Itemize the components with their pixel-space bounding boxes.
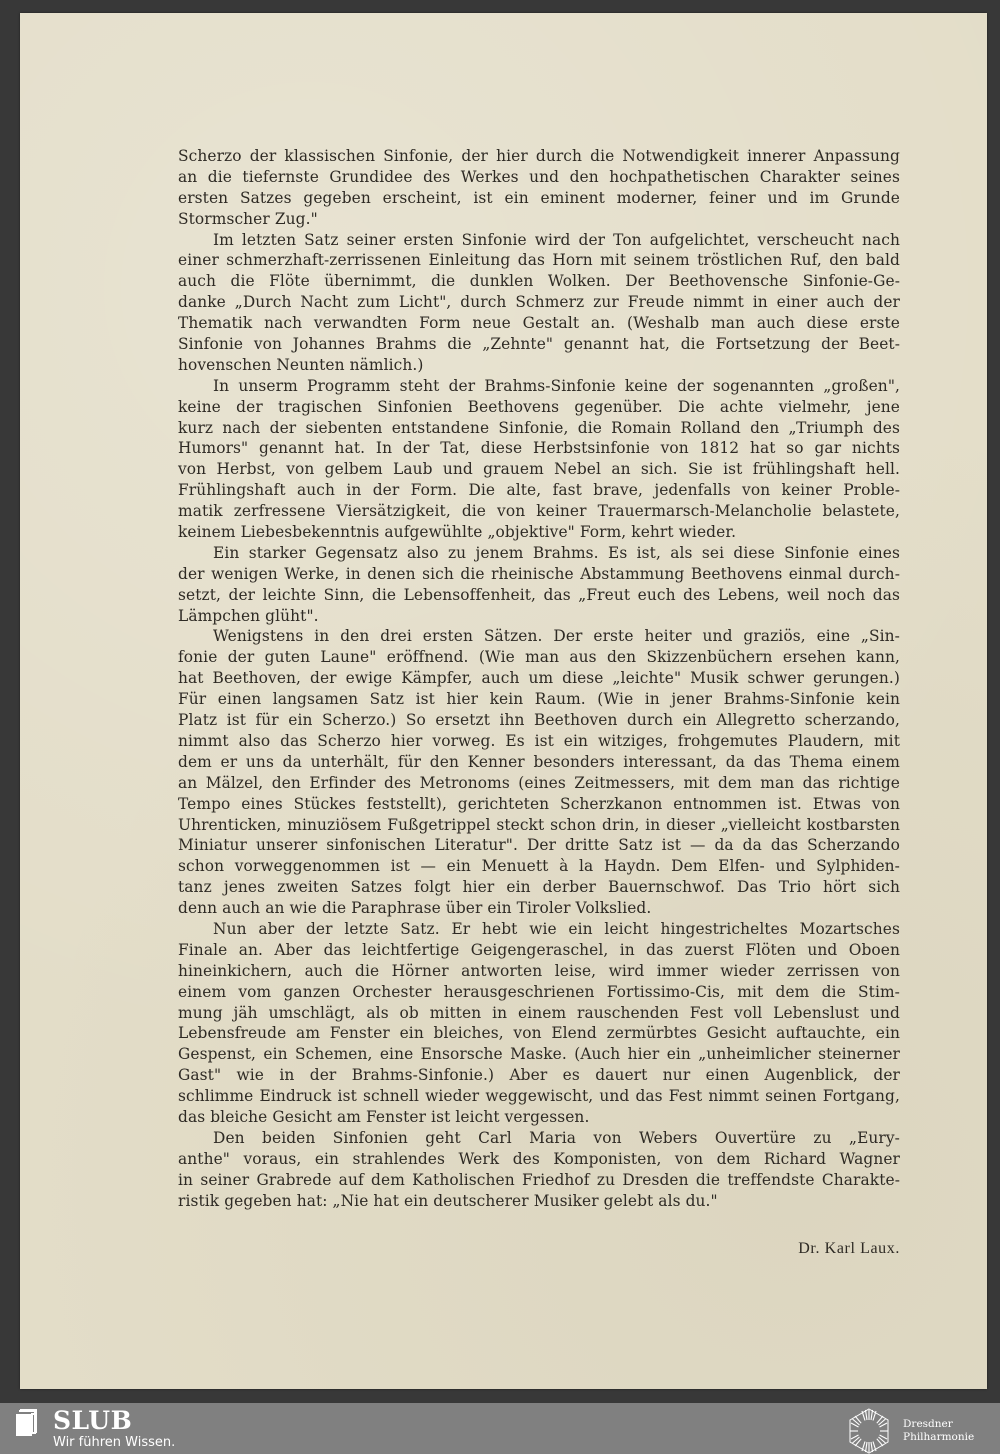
- text-line: Gast" wie in der Brahms-Sinfonie.) Aber …: [178, 1065, 900, 1086]
- paragraph: Scherzo der klassischen Sinfonie, der hi…: [178, 146, 900, 230]
- text-line: Ein starker Gegensatz also zu jenem Brah…: [178, 543, 900, 564]
- text-line: nimmt also das Scherzo hier vorweg. Es i…: [178, 731, 900, 752]
- text-line: denn auch an wie die Paraphrase über ein…: [178, 898, 900, 919]
- text-line: einer schmerzhaft-zerrissenen Einleitung…: [178, 250, 900, 271]
- paragraph: In unserm Programm steht der Brahms-Sinf…: [178, 376, 900, 543]
- text-line: Sinfonie von Johannes Brahms die „Zehnte…: [178, 334, 900, 355]
- text-line: ersten Satzes gegeben erscheint, ist ein…: [178, 188, 900, 209]
- paragraph: Ein starker Gegensatz also zu jenem Brah…: [178, 543, 900, 627]
- text-line: in seiner Grabrede auf dem Katholischen …: [178, 1170, 900, 1191]
- slub-tagline: Wir führen Wissen.: [53, 1435, 175, 1450]
- text-line: keine der tragischen Sinfonien Beethoven…: [178, 397, 900, 418]
- text-line: Frühlingshaft auch in der Form. Die alte…: [178, 480, 900, 501]
- text-line: kurz nach der siebenten entstandene Sinf…: [178, 418, 900, 439]
- text-line: Nun aber der letzte Satz. Er hebt wie ei…: [178, 919, 900, 940]
- text-line: keinem Liebesbekenntnis aufgewühlte „obj…: [178, 522, 900, 543]
- text-line: dem er uns da unterhält, für den Kenner …: [178, 752, 900, 773]
- text-line: danke „Durch Nacht zum Licht", durch Sch…: [178, 292, 900, 313]
- paragraph: Den beiden Sinfonien geht Carl Maria von…: [178, 1128, 900, 1212]
- text-line: setzt, der leichte Sinn, die Lebensoffen…: [178, 585, 900, 606]
- document-viewer: Scherzo der klassischen Sinfonie, der hi…: [0, 0, 1000, 1454]
- text-line: einem vom ganzen Orchester herausgeschri…: [178, 982, 900, 1003]
- author-signature: Dr. Karl Laux.: [798, 1240, 900, 1258]
- dresdner-philharmonie-logo-text[interactable]: Dresdner Philharmonie: [903, 1418, 974, 1444]
- paragraph: Nun aber der letzte Satz. Er hebt wie ei…: [178, 919, 900, 1128]
- text-line: Lämpchen glüht".: [178, 606, 900, 627]
- phil-name-line1: Dresdner: [903, 1418, 974, 1431]
- text-line: In unserm Programm steht der Brahms-Sinf…: [178, 376, 900, 397]
- text-line: hineinkichern, auch die Hörner antworten…: [178, 961, 900, 982]
- text-line: Uhrenticken, minuziösem Fußgetrippel ste…: [178, 815, 900, 836]
- text-line: an die tiefernste Grundidee des Werkes u…: [178, 167, 900, 188]
- text-line: tanz jenes zweiten Satzes folgt hier ein…: [178, 877, 900, 898]
- text-line: Stormscher Zug.": [178, 209, 900, 230]
- text-line: Gespenst, ein Schemen, eine Ensorsche Ma…: [178, 1044, 900, 1065]
- paragraph: Im letzten Satz seiner ersten Sinfonie w…: [178, 230, 900, 376]
- text-line: Humors" genannt hat. In der Tat, diese H…: [178, 438, 900, 459]
- text-line: Im letzten Satz seiner ersten Sinfonie w…: [178, 230, 900, 251]
- text-line: Den beiden Sinfonien geht Carl Maria von…: [178, 1128, 900, 1149]
- sunburst-ring-icon[interactable]: [842, 1408, 896, 1454]
- text-line: Scherzo der klassischen Sinfonie, der hi…: [178, 146, 900, 167]
- phil-name-line2: Philharmonie: [903, 1431, 974, 1444]
- book-pages-icon: [12, 1408, 42, 1438]
- text-line: fonie der guten Laune" eröffnend. (Wie m…: [178, 647, 900, 668]
- text-line: anthe" voraus, ein strahlendes Werk des …: [178, 1149, 900, 1170]
- text-line: schon vorweggenommen ist — ein Menuett à…: [178, 856, 900, 877]
- text-line: an Mälzel, den Erfinder des Metronoms (e…: [178, 773, 900, 794]
- text-line: matik zerfressene Viersätzigkeit, die vo…: [178, 501, 900, 522]
- text-line: das bleiche Gesicht am Fenster ist leich…: [178, 1107, 900, 1128]
- text-line: Wenigstens in den drei ersten Sätzen. De…: [178, 626, 900, 647]
- text-line: Finale an. Aber das leichtfertige Geigen…: [178, 940, 900, 961]
- text-line: hovenschen Neunten nämlich.): [178, 355, 900, 376]
- slub-logo-text[interactable]: SLUB: [53, 1406, 132, 1435]
- footer-bar: SLUB Wir führen Wissen.: [0, 1403, 1000, 1454]
- text-line: Lebensfreude am Fenster ein bleiches, vo…: [178, 1023, 900, 1044]
- text-line: schlimme Eindruck ist schnell wieder weg…: [178, 1086, 900, 1107]
- text-line: der wenigen Werke, in denen sich die rhe…: [178, 564, 900, 585]
- text-line: Platz ist für ein Scherzo.) So ersetzt i…: [178, 710, 900, 731]
- text-line: ristik gegeben hat: „Nie hat ein deutsch…: [178, 1191, 900, 1212]
- text-line: Tempo eines Stückes feststellt), gericht…: [178, 794, 900, 815]
- text-line: mung jäh umschlägt, als ob mitten in ein…: [178, 1003, 900, 1024]
- text-line: Thematik nach verwandten Form neue Gesta…: [178, 313, 900, 334]
- article-body: Scherzo der klassischen Sinfonie, der hi…: [178, 146, 900, 1211]
- text-line: von Herbst, von gelbem Laub und grauem N…: [178, 459, 900, 480]
- paragraph: Wenigstens in den drei ersten Sätzen. De…: [178, 626, 900, 918]
- text-line: hat Beethoven, der ewige Kämpfer, auch u…: [178, 668, 900, 689]
- text-line: Für einen langsamen Satz ist hier kein R…: [178, 689, 900, 710]
- text-line: Miniatur unserer sinfonischen Literatur"…: [178, 835, 900, 856]
- text-line: auch die Flöte übernimmt, die dunklen Wo…: [178, 271, 900, 292]
